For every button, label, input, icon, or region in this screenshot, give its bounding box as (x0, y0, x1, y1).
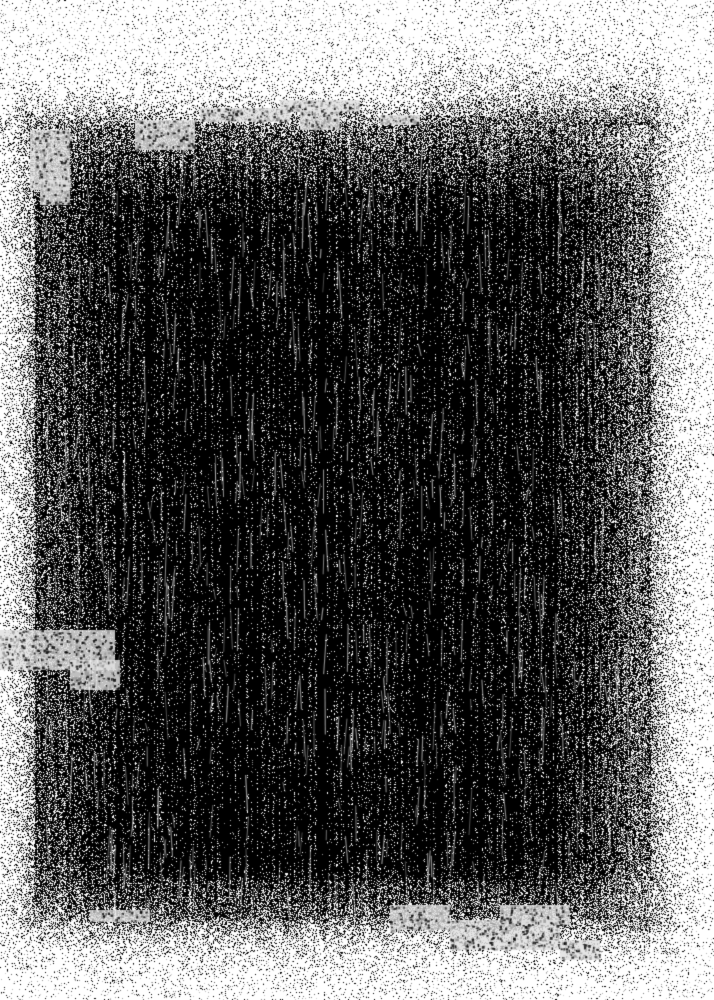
texture-canvas (0, 0, 714, 1000)
